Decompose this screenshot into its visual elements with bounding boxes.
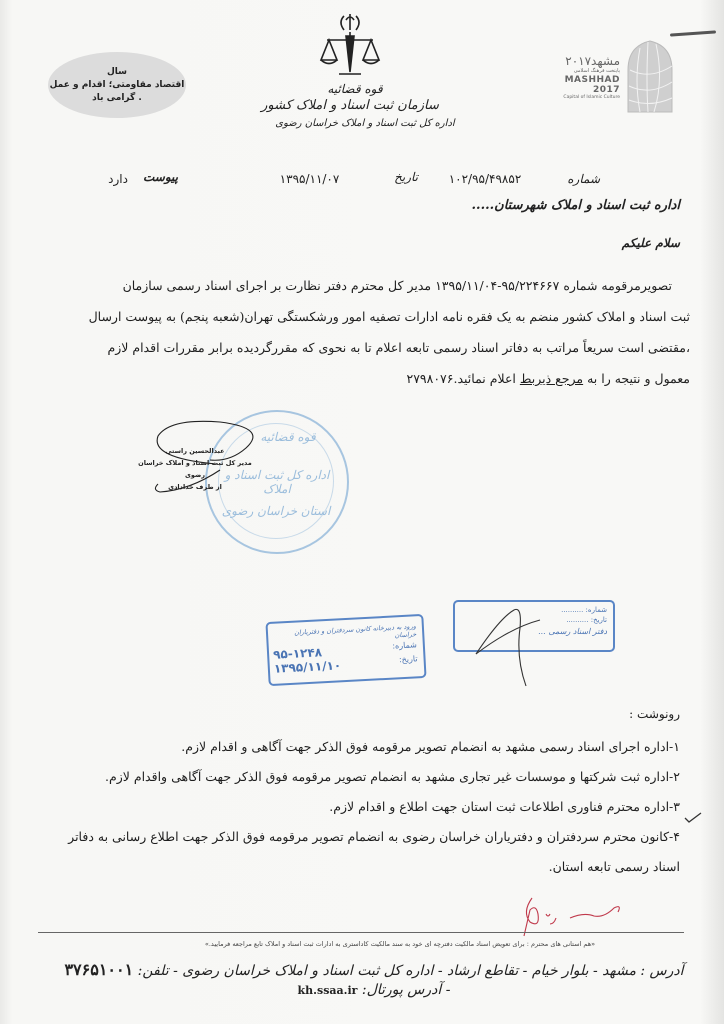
letterhead-department: اداره کل ثبت اسناد و املاک خراسان رضوی [250,118,480,129]
cc-item: ۲-اداره ثبت شرکتها و موسسات غیر تجاری مش… [40,762,680,792]
receipt-date: ۱۳۹۵/۱۱/۱۰ [274,658,342,676]
red-handwritten-initials-icon [510,888,630,938]
letter-number: ۱۰۲/۹۵/۴۹۸۵۲ [430,172,540,186]
judiciary-emblem-icon [315,10,385,82]
phone-number: ۳۷۶۵۱۰۰۱ [64,960,133,979]
cc-item: اسناد رسمی تابعه استان. [40,852,680,882]
cc-title: رونوشت : [560,704,680,724]
cc-item: ۳-اداره محترم فناوری اطلاعات ثبت استان ج… [40,792,680,822]
logo-title-fa: مشهد۲۰۱۷ [540,54,620,68]
signatory-title: مدیر کل ثبت اسناد و املاک خراسان رضوی [135,457,255,481]
pen-mark [670,30,716,36]
attachment-label: پیوست [140,170,178,184]
logo-subtitle-en: Capital of Islamic Culture [540,95,620,100]
checkmark-icon [684,812,702,824]
address-text: آدرس : مشهد - بلوار خیام - تقاطع ارشاد -… [133,963,683,979]
reference-underlined: مرجع ذیربط [520,371,583,386]
portal-link[interactable]: kh.ssaa.ir [298,984,358,997]
footer-address: آدرس : مشهد - بلوار خیام - تقاطع ارشاد -… [60,960,688,998]
round-stamp-line-3: استان خراسان رضوی [216,504,336,518]
receipt-stamp-secretariat: ورود به دبیرخانه کانون سردفتران و دفتریا… [265,614,426,686]
scanned-letter-page: سال اقتصاد مقاومتی؛ اقدام و عمل گرامی با… [0,0,724,1024]
body-line-1: تصویرمرقومه شماره ۹۵/۲۲۴۶۶۷-۱۳۹۵/۱۱/۰۴ م… [40,270,690,301]
logo-title-en: MASHHAD 2017 [540,75,620,95]
portal-label: - آدرس پورتال: [357,982,450,998]
signatory-name: عبدالحسین راستی [135,445,255,457]
slogan-line-1: سال [107,66,127,79]
recipient-line: اداره ثبت اسناد و املاک شهرستان..... [380,198,680,213]
letterhead-organization: سازمان ثبت اسناد و املاک کشور [250,98,450,113]
number-label: شماره [560,172,600,186]
slogan-badge: سال اقتصاد مقاومتی؛ اقدام و عمل گرامی با… [48,52,186,118]
receipt-number-label: شماره: [392,640,417,655]
mashhad-2017-logo: مشهد۲۰۱۷ پایتخت فرهنگ اسلامی MASHHAD 201… [540,40,676,114]
signatory-on-behalf: از طرف خدادادی [135,481,255,493]
letter-date: ۱۳۹۵/۱۱/۰۷ [262,172,357,186]
stamp-initials-icon [470,598,550,688]
cc-list: ۱-اداره اجرای اسناد رسمی مشهد به انضمام … [40,732,680,882]
slogan-line-2: اقتصاد مقاومتی؛ اقدام و عمل [50,79,185,92]
footer-divider [38,932,684,933]
slogan-line-3: گرامی باد . [92,92,142,105]
body-line-3: ،مقتضی است سریعاً مراتب به دفاتر اسناد ر… [40,332,690,363]
greeting: سلام علیکم [600,236,680,250]
letterhead-judiciary: قوه قضائیه [300,82,410,96]
dome-globe-icon [626,40,674,114]
cc-item: ۴-کانون محترم سردفتران و دفتریاران خراسا… [40,822,680,852]
attachment-value: دارد [98,172,128,186]
date-label: تاریخ [388,170,418,184]
logo-subtitle-fa: پایتخت فرهنگ اسلامی [540,68,620,75]
body-line-2: ثبت اسناد و املاک کشور منضم به یک فقره ن… [40,301,690,332]
signatory-block: عبدالحسین راستی مدیر کل ثبت اسناد و املا… [135,445,255,493]
letter-body: تصویرمرقومه شماره ۹۵/۲۲۴۶۶۷-۱۳۹۵/۱۱/۰۴ م… [40,270,690,394]
body-line-4: معمول و نتیجه را به مرجع ذیربط اعلام نما… [40,363,690,394]
receipt-date-label: تاریخ: [399,654,418,669]
footer-notice: «هم استانی های محترم : برای تعویض اسناد … [120,940,680,948]
cc-item: ۱-اداره اجرای اسناد رسمی مشهد به انضمام … [40,732,680,762]
